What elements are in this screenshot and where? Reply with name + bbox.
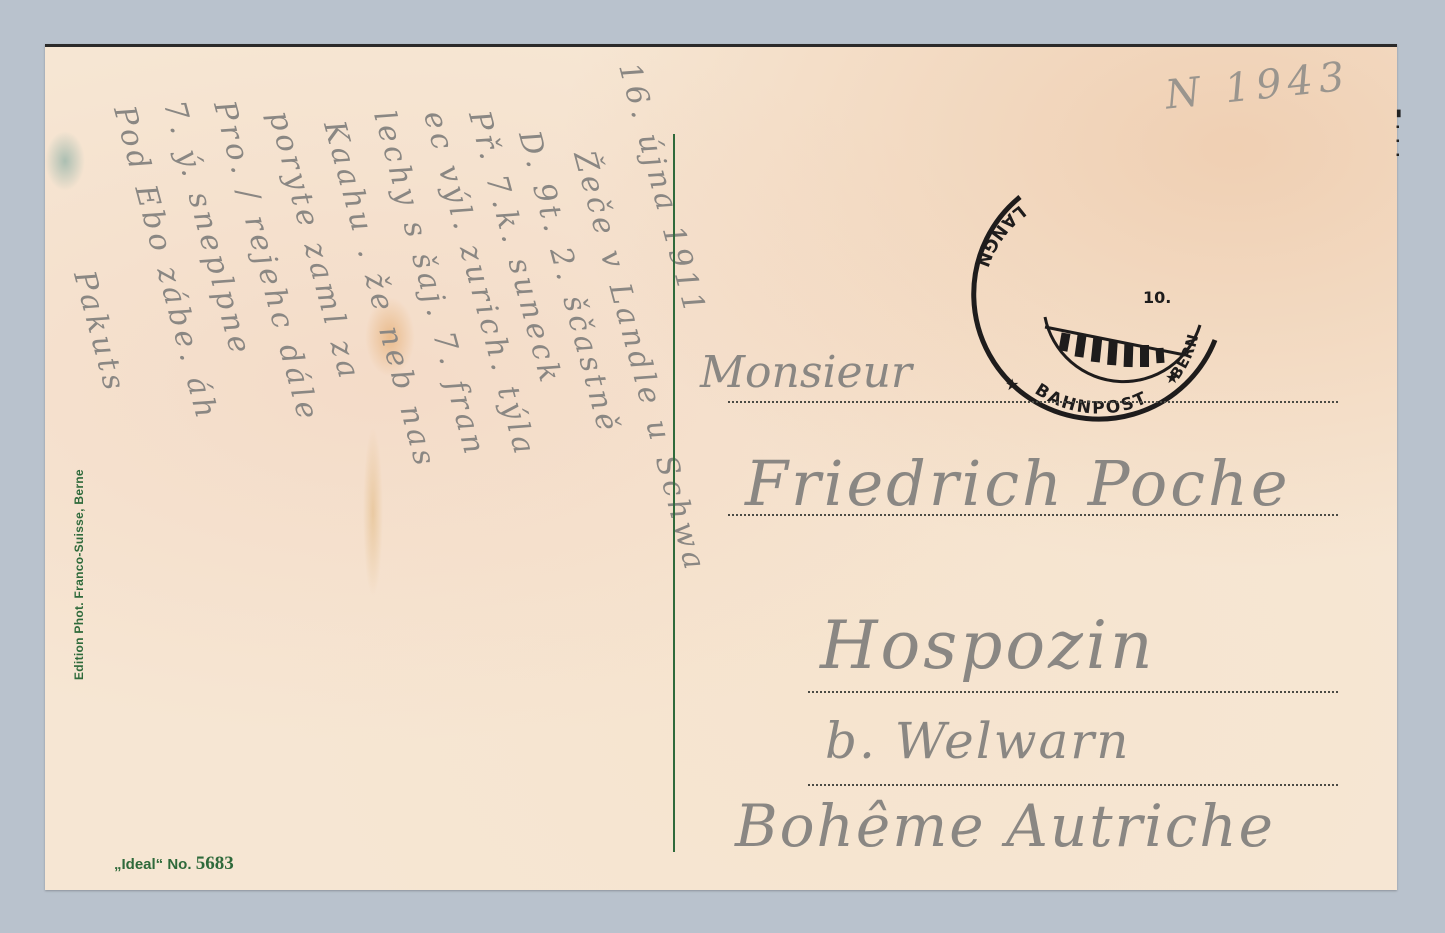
postmark-date: 10.	[1143, 288, 1171, 307]
message-line: Pakuts	[66, 267, 132, 397]
postmark-bottom-text: BAHNPOST	[1031, 380, 1151, 419]
address-locality: b. Welwarn	[825, 712, 1130, 770]
publisher-imprint: Edition Phot. Franco-Suisse, Berne	[72, 469, 86, 680]
address-country: Bohême Autriche	[735, 792, 1275, 860]
center-divider	[673, 134, 675, 852]
edge-marks: ▮▪▪▪	[1396, 107, 1400, 227]
address-town: Hospozin	[820, 607, 1156, 684]
address-line	[808, 784, 1338, 786]
series-name: „Ideal“ No.	[114, 856, 192, 873]
address-name: Friedrich Poche	[745, 447, 1291, 520]
star-icon: ★	[1165, 370, 1179, 387]
address-line	[728, 401, 1338, 403]
address-line	[808, 691, 1338, 693]
address-salutation: Monsieur	[700, 347, 912, 398]
postmark-stamp: LANGN BAHNPOST BERN 10. ★ ★	[960, 185, 1230, 455]
pencil-notation: N 1943	[1163, 53, 1352, 118]
series-label: „Ideal“ No. 5683	[114, 853, 234, 875]
svg-text:LANGN: LANGN	[971, 201, 1029, 271]
star-icon: ★	[1005, 377, 1019, 394]
svg-text:BAHNPOST: BAHNPOST	[1031, 380, 1151, 419]
postcard-back: 16. újna 1911 Žeče v Landle u Schwa D. 9…	[45, 44, 1397, 890]
postmark-top-text: LANGN	[971, 201, 1029, 271]
handwritten-message: 16. újna 1911 Žeče v Landle u Schwa D. 9…	[55, 67, 655, 867]
series-number: 5683	[196, 853, 234, 874]
